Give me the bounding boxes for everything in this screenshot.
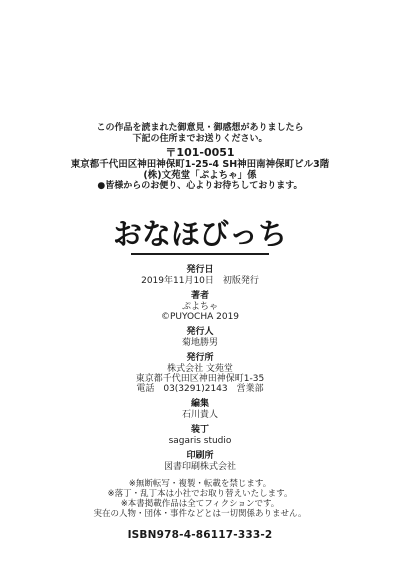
postal-code: 〒101-0051 (0, 146, 400, 159)
colophon-entry-value: ©PUYOCHA 2019 (0, 312, 400, 322)
colophon-entry-value: sagaris studio (0, 436, 400, 446)
colophon-entry-label: 装丁 (0, 425, 400, 435)
book-title: おなほびっち (0, 217, 400, 251)
feedback-notice-line: 下記の住所までお送りください。 (0, 134, 400, 145)
colophon-entry-value: 2019年11月10日 初版発行 (0, 276, 400, 286)
colophon-entry: 著者ぷよちゃ©PUYOCHA 2019 (0, 291, 400, 322)
colophon-entry-label: 発行所 (0, 353, 400, 363)
colophon-entry-label: 著者 (0, 291, 400, 301)
mail-closing-note: ●皆様からのお便り、心よりお待ちしております。 (0, 181, 400, 192)
note-line: 実在の人物・団体・事件などとは一切関係ありません。 (0, 509, 400, 519)
colophon-entry: 発行日2019年11月10日 初版発行 (0, 265, 400, 286)
colophon-entry-value: 石川貴人 (0, 410, 400, 420)
colophon-entry-label: 発行日 (0, 265, 400, 275)
colophon-entry-value: ぷよちゃ (0, 302, 400, 312)
colophon-entry-label: 発行人 (0, 327, 400, 337)
colophon-entry-label: 編集 (0, 399, 400, 409)
colophon-entry-label: 印刷所 (0, 451, 400, 461)
note-line: ※落丁・乱丁本は小社でお取り替えいたします。 (0, 489, 400, 499)
colophon-entry-value: 電話 03(3291)2143 営業部 (0, 384, 400, 394)
note-line: ※本書掲載作品は全てフィクションです。 (0, 499, 400, 509)
colophon-entry: 発行人菊地勝男 (0, 327, 400, 348)
feedback-notice: この作品を読まれた御意見・御感想がありましたら下記の住所までお送りください。 〒… (0, 123, 400, 192)
isbn: ISBN978-4-86117-333-2 (0, 529, 400, 541)
colophon-page: この作品を読まれた御意見・御感想がありましたら下記の住所までお送りください。 〒… (0, 0, 400, 568)
colophon-entry-value: 東京都千代田区神田神保町1-35 (0, 374, 400, 384)
mail-recipient: (株)文苑堂「ぷよちゃ」係 (0, 170, 400, 181)
colophon-entry-value: 図書印刷株式会社 (0, 462, 400, 472)
colophon-entry: 発行所株式会社 文苑堂東京都千代田区神田神保町1-35電話 03(3291)21… (0, 353, 400, 394)
colophon-entry: 編集石川貴人 (0, 399, 400, 420)
colophon-entry: 印刷所図書印刷株式会社 (0, 451, 400, 472)
feedback-notice-line: この作品を読まれた御意見・御感想がありましたら (0, 123, 400, 134)
title-underline (131, 253, 269, 255)
feedback-notice-lines: この作品を読まれた御意見・御感想がありましたら下記の住所までお送りください。 (0, 123, 400, 145)
colophon: 発行日2019年11月10日 初版発行著者ぷよちゃ©PUYOCHA 2019発行… (0, 265, 400, 472)
colophon-entry: 装丁sagaris studio (0, 425, 400, 446)
colophon-entry-value: 菊地勝男 (0, 338, 400, 348)
colophon-entry-value: 株式会社 文苑堂 (0, 364, 400, 374)
note-line: ※無断転写・複製・転載を禁じます。 (0, 479, 400, 489)
notes: ※無断転写・複製・転載を禁じます。※落丁・乱丁本は小社でお取り替えいたします。※… (0, 479, 400, 519)
mailing-address: 東京都千代田区神田神保町1-25-4 SH神田南神保町ビル3階 (0, 159, 400, 170)
